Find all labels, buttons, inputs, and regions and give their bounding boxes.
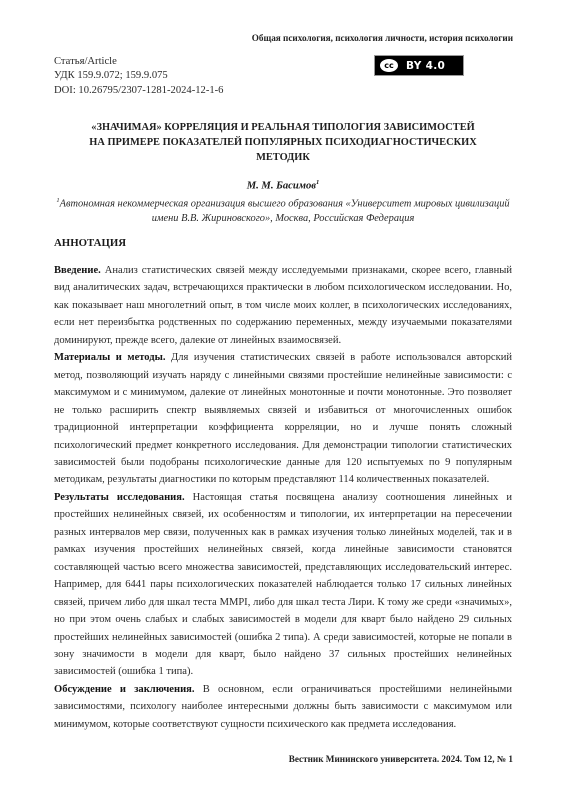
article-type: Статья/Article (54, 55, 223, 69)
article-meta: Статья/Article УДК 159.9.072; 159.9.075 … (54, 55, 223, 98)
author-name[interactable]: М. М. Басимов (247, 181, 316, 192)
running-head: Общая психология, психология личности, и… (252, 33, 513, 43)
cc-icon: cc (378, 57, 400, 74)
title-line: «ЗНАЧИМАЯ» КОРРЕЛЯЦИЯ И РЕАЛЬНАЯ ТИПОЛОГ… (54, 120, 512, 135)
section-text: Анализ статистических связей между иссле… (54, 265, 512, 346)
author-line: М. М. Басимов1 (54, 179, 512, 192)
section-label: Материалы и методы. (54, 352, 165, 363)
section-label: Результаты исследования. (54, 492, 185, 503)
abstract-heading: АННОТАЦИЯ (54, 237, 126, 249)
section-label: Введение. (54, 265, 101, 276)
abstract-section-introduction: Введение. Анализ статистических связей м… (54, 262, 512, 349)
abstract-section-discussion: Обсуждение и заключения. В основном, есл… (54, 681, 512, 733)
author-affiliation-marker: 1 (316, 179, 319, 186)
article-title: «ЗНАЧИМАЯ» КОРРЕЛЯЦИЯ И РЕАЛЬНАЯ ТИПОЛОГ… (54, 120, 512, 165)
udc-code: УДК 159.9.072; 159.9.075 (54, 69, 223, 83)
title-line: МЕТОДИК (54, 150, 512, 165)
section-text: Настоящая статья посвящена анализу соотн… (54, 492, 512, 678)
doi-link[interactable]: DOI: 10.26795/2307-1281-2024-12-1-6 (54, 84, 223, 98)
abstract-body: Введение. Анализ статистических связей м… (54, 262, 512, 733)
abstract-section-results: Результаты исследования. Настоящая стать… (54, 489, 512, 681)
abstract-section-methods: Материалы и методы. Для изучения статист… (54, 349, 512, 489)
journal-footer: Вестник Мининского университета. 2024. Т… (289, 754, 513, 764)
license-text: BY 4.0 (406, 60, 445, 72)
section-text: Для изучения статистических связей в раб… (54, 352, 512, 485)
section-label: Обсуждение и заключения. (54, 684, 194, 695)
cc-license-badge[interactable]: cc BY 4.0 (374, 55, 464, 76)
affiliation: 1Автономная некоммерческая организация в… (54, 193, 512, 226)
affiliation-text: Автономная некоммерческая организация вы… (60, 198, 510, 224)
title-line: НА ПРИМЕРЕ ПОКАЗАТЕЛЕЙ ПОПУЛЯРНЫХ ПСИХОД… (54, 135, 512, 150)
